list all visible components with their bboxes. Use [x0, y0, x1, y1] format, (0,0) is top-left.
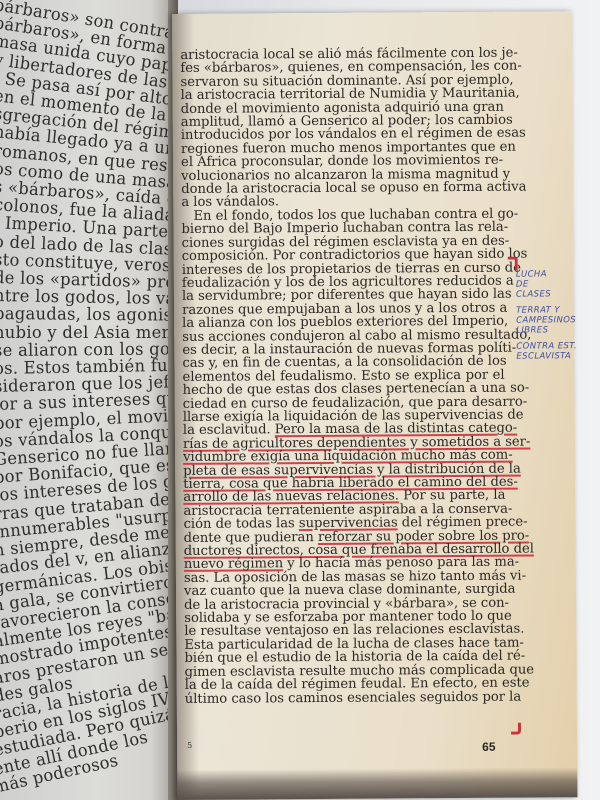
page-bottom-shadow — [177, 767, 577, 800]
handwritten-note-line: CAMPESINOS — [516, 315, 586, 325]
page-number: 65 — [482, 740, 495, 754]
handwritten-note-line: LUCHA — [516, 269, 586, 279]
handwritten-note: TERRAT YCAMPESINOSLIBRES — [516, 305, 586, 335]
left-page-text: bárbaros» son contradictorias. Ademásbár… — [0, 0, 178, 797]
handwritten-note-line: ESCLAVISTA — [516, 351, 586, 361]
signature-mark: 5 — [187, 741, 192, 750]
handwritten-note: CONTRA EST.ESCLAVISTA — [516, 341, 586, 361]
handwritten-note-line: LIBRES — [516, 325, 586, 335]
red-close-bracket-mark — [511, 723, 521, 735]
handwritten-note-line: DE — [516, 279, 586, 289]
handwritten-note-line: TERRAT Y — [516, 305, 586, 315]
red-open-bracket-mark — [508, 257, 518, 271]
handwritten-note: LUCHADECLASES — [516, 269, 586, 299]
line-text: último caso los caminos esenciales segui… — [185, 689, 521, 706]
handwritten-note-line: CLASES — [516, 289, 586, 299]
left-page: bárbaros» son contradictorias. Ademásbár… — [0, 0, 178, 800]
handwritten-note-line: CONTRA EST. — [516, 341, 586, 351]
right-page-body-text: aristocracia local se alió más fácilment… — [180, 47, 507, 706]
right-page: aristocracia local se alió más fácilment… — [172, 11, 577, 800]
text-line: último caso los caminos esenciales segui… — [185, 690, 507, 706]
handwritten-margin-notes: LUCHADECLASESTERRAT YCAMPESINOSLIBRESCON… — [516, 269, 587, 367]
